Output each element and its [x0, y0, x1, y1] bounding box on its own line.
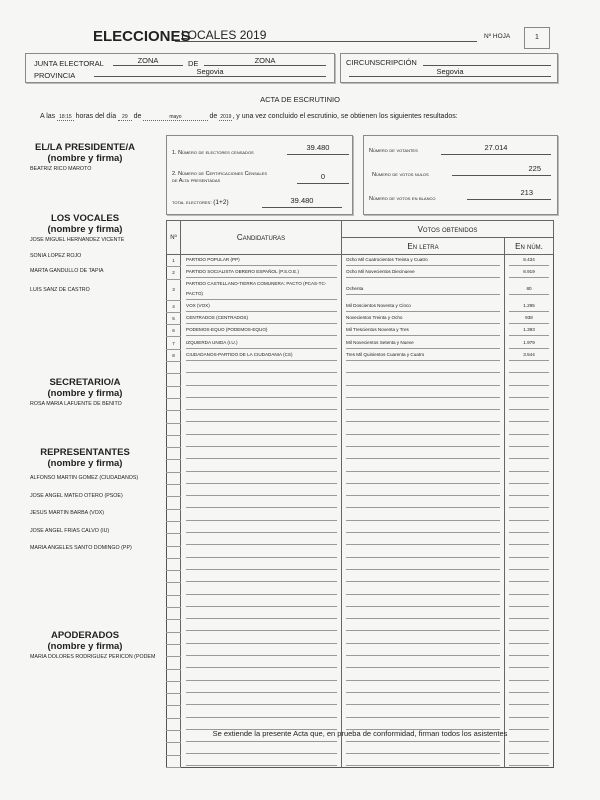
row-numero-text: 1.295	[509, 301, 549, 312]
row-letra-text	[346, 645, 500, 656]
row-candidatura-text	[186, 375, 337, 386]
blanco-value: 213	[467, 188, 551, 200]
row-candidatura-text	[186, 694, 337, 705]
table-row	[167, 472, 554, 484]
row-numero	[505, 398, 554, 410]
representantes-sub: (nombre y firma)	[15, 458, 155, 469]
row-candidatura-text	[186, 559, 337, 570]
row-letra-text	[346, 522, 500, 533]
row-letra-text	[346, 547, 500, 558]
row-letra-text	[346, 436, 500, 447]
row-number	[167, 423, 181, 435]
apoderados-title: APODERADOS	[15, 630, 155, 641]
row-number	[167, 485, 181, 497]
row-number	[167, 362, 181, 374]
row-letra-text	[346, 497, 500, 508]
row-number: 3	[167, 279, 181, 300]
table-row	[167, 632, 554, 644]
row-numero-text	[509, 510, 549, 521]
row-candidatura	[181, 485, 342, 497]
row-letra-text	[346, 387, 500, 398]
table-row	[167, 644, 554, 656]
row-letra	[342, 386, 505, 398]
table-row	[167, 448, 554, 460]
table-row	[167, 681, 554, 693]
row-numero	[505, 706, 554, 718]
row-numero	[505, 386, 554, 398]
table-row	[167, 460, 554, 472]
row-letra	[342, 374, 505, 386]
row-candidatura-text	[186, 707, 337, 718]
row-number	[167, 583, 181, 595]
row-candidatura: CENTRADOS (centrados)	[181, 312, 342, 324]
row-letra-text: Mil Trescientos Noventa y Tres	[346, 325, 500, 336]
row-candidatura	[181, 706, 342, 718]
row-letra-text	[346, 633, 500, 644]
representante-name: ALFONSO MARTIN GOMEZ (CIUDADANOS)	[30, 475, 138, 481]
row-candidatura-text	[186, 657, 337, 668]
row-candidatura	[181, 694, 342, 706]
vocal-name: MARTA GANDULLO DE TAPIA	[30, 268, 104, 274]
row-candidatura: IZQUIERDA UNIDA (I.U.)	[181, 337, 342, 349]
row-candidatura	[181, 386, 342, 398]
day-value: 29	[118, 114, 132, 121]
row-candidatura-text	[186, 448, 337, 459]
row-letra	[342, 595, 505, 607]
row-letra	[342, 755, 505, 767]
row-letra-text	[346, 707, 500, 718]
row-numero	[505, 411, 554, 423]
circunscripcion-label: CIRCUNSCRIPCIÓN	[346, 58, 417, 67]
row-candidatura	[181, 571, 342, 583]
row-letra	[342, 743, 505, 755]
row-letra-text	[346, 620, 500, 631]
row-number	[167, 620, 181, 632]
row-numero-text	[509, 387, 549, 398]
row-numero-text	[509, 584, 549, 595]
row-numero-text	[509, 657, 549, 668]
row-letra	[342, 448, 505, 460]
censados-value: 39.480	[287, 143, 349, 155]
row-candidatura-text	[186, 411, 337, 422]
row-candidatura-text	[186, 534, 337, 545]
row-letra-text: Ocho Mil Cuatrocientos Treinta y Cuatro	[346, 255, 500, 266]
row-letra	[342, 558, 505, 570]
row-numero	[505, 620, 554, 632]
row-numero-text	[509, 743, 549, 754]
row-letra	[342, 546, 505, 558]
table-row: 6PODEMOS-EQUO (PODEMOS-EQUO)Mil Trescien…	[167, 325, 554, 337]
row-candidatura-text: PARTIDO CASTELLANO-TIERRA COMUNERA: PACT…	[186, 279, 337, 300]
row-candidatura	[181, 583, 342, 595]
table-row	[167, 362, 554, 374]
row-numero-text	[509, 670, 549, 681]
row-numero-text	[509, 755, 549, 766]
row-candidatura-text	[186, 399, 337, 410]
table-row	[167, 374, 554, 386]
row-numero	[505, 521, 554, 533]
row-number	[167, 694, 181, 706]
row-numero-text	[509, 620, 549, 631]
row-number: 2	[167, 267, 181, 279]
row-numero-text	[509, 547, 549, 558]
table-row	[167, 534, 554, 546]
table-row	[167, 706, 554, 718]
row-number	[167, 521, 181, 533]
row-number	[167, 546, 181, 558]
row-numero	[505, 558, 554, 570]
row-numero	[505, 472, 554, 484]
row-letra-text	[346, 534, 500, 545]
row-numero-text	[509, 571, 549, 582]
row-letra	[342, 362, 505, 374]
table-row: 1PARTIDO POPULAR (PP)Ocho Mil Cuatrocien…	[167, 255, 554, 267]
table-row: 5CENTRADOS (centrados)Novecientos Treint…	[167, 312, 554, 324]
row-letra	[342, 644, 505, 656]
row-letra-text	[346, 473, 500, 484]
row-candidatura	[181, 595, 342, 607]
presidente-sub: (nombre y firma)	[15, 153, 155, 164]
row-numero	[505, 681, 554, 693]
col-num: Nº	[167, 221, 181, 255]
junta-box: JUNTA ELECTORAL ZONA DE ZONA PROVINCIA S…	[25, 53, 335, 83]
row-letra-text	[346, 682, 500, 693]
certificaciones-value: 0	[297, 172, 349, 184]
row-letra-text: Ochenta	[346, 284, 500, 295]
row-numero-text: 1.979	[509, 338, 549, 349]
votantes-label: Número de votantes	[369, 148, 418, 154]
row-numero	[505, 743, 554, 755]
row-number	[167, 706, 181, 718]
row-candidatura	[181, 448, 342, 460]
row-candidatura	[181, 558, 342, 570]
row-candidatura	[181, 534, 342, 546]
election-type-field: LOCALES 2019	[175, 26, 477, 42]
row-numero	[505, 632, 554, 644]
row-numero	[505, 423, 554, 435]
col-votos: Votos obtenidos	[342, 221, 554, 238]
row-letra-text	[346, 362, 500, 373]
row-letra	[342, 620, 505, 632]
row-letra: Ochenta	[342, 279, 505, 300]
vocal-name: LUIS SANZ DE CASTRO	[30, 287, 90, 293]
row-numero	[505, 583, 554, 595]
row-candidatura	[181, 362, 342, 374]
row-letra-text	[346, 448, 500, 459]
row-letra: Tres Mil Quinientos Cuarenta y Cuatro	[342, 349, 505, 361]
row-numero-text: 80	[509, 284, 549, 295]
vocal-name: SONIA LOPEZ ROJO	[30, 253, 81, 259]
row-number	[167, 534, 181, 546]
row-number: 6	[167, 325, 181, 337]
table-row	[167, 423, 554, 435]
row-candidatura-text	[186, 510, 337, 521]
table-row: 7IZQUIERDA UNIDA (I.U.)Mil Novecientos S…	[167, 337, 554, 349]
row-candidatura	[181, 398, 342, 410]
row-numero	[505, 485, 554, 497]
row-letra-text	[346, 743, 500, 754]
row-numero-text: 8.919	[509, 267, 549, 278]
row-letra-text	[346, 461, 500, 472]
row-candidatura-text	[186, 608, 337, 619]
row-candidatura-text	[186, 461, 337, 472]
row-letra	[342, 411, 505, 423]
row-numero	[505, 669, 554, 681]
row-candidatura	[181, 620, 342, 632]
col-letra: En letra	[342, 238, 505, 255]
acta-intro: A las 18:15 horas del día 29 de mayo de …	[40, 113, 458, 120]
table-row	[167, 509, 554, 521]
row-letra	[342, 398, 505, 410]
row-numero-text	[509, 375, 549, 386]
row-numero-text: 1.393	[509, 325, 549, 336]
row-letra	[342, 681, 505, 693]
total-label: total electores: (1+2)	[172, 199, 229, 206]
row-letra-text	[346, 411, 500, 422]
row-letra-text	[346, 559, 500, 570]
row-numero-text	[509, 608, 549, 619]
row-candidatura	[181, 657, 342, 669]
row-letra	[342, 521, 505, 533]
row-number	[167, 669, 181, 681]
row-numero	[505, 374, 554, 386]
secretario-sub: (nombre y firma)	[15, 388, 155, 399]
row-letra: Mil Trescientos Noventa y Tres	[342, 325, 505, 337]
row-numero: 3.544	[505, 349, 554, 361]
row-numero-text: 3.544	[509, 350, 549, 361]
row-letra	[342, 694, 505, 706]
row-candidatura-text: PARTIDO POPULAR (PP)	[186, 255, 337, 266]
row-numero	[505, 534, 554, 546]
table-row	[167, 669, 554, 681]
results-table: Nº Candidaturas Votos obtenidos En letra…	[166, 220, 554, 768]
row-number	[167, 681, 181, 693]
table-row	[167, 657, 554, 669]
row-number	[167, 558, 181, 570]
row-numero-text	[509, 424, 549, 435]
presidente-title: EL/LA PRESIDENTE/A	[15, 142, 155, 153]
row-letra-text: Ocho Mil Novecientos Diecinueve	[346, 267, 500, 278]
row-candidatura-text	[186, 682, 337, 693]
row-numero-text	[509, 694, 549, 705]
row-numero-text: 8.434	[509, 255, 549, 266]
table-row: 4VOX (VOX)Mil Doscientos Noventa y Cinco…	[167, 300, 554, 312]
row-numero	[505, 509, 554, 521]
table-row	[167, 485, 554, 497]
row-candidatura-text: PARTIDO SOCIALISTA OBRERO ESPAÑOL (P.S.O…	[186, 267, 337, 278]
row-candidatura	[181, 509, 342, 521]
row-numero-text	[509, 411, 549, 422]
censados-label: 1. Número de electores censados	[172, 150, 254, 156]
table-row	[167, 386, 554, 398]
row-candidatura: VOX (VOX)	[181, 300, 342, 312]
row-candidatura-text	[186, 755, 337, 766]
row-numero-text	[509, 596, 549, 607]
month-value: mayo	[143, 114, 207, 121]
row-numero	[505, 595, 554, 607]
row-number	[167, 386, 181, 398]
row-numero-text	[509, 485, 549, 496]
row-numero-text	[509, 682, 549, 693]
row-candidatura-text	[186, 387, 337, 398]
votos-box: Número de votantes 27.014 Número de voto…	[363, 135, 558, 215]
row-letra-text	[346, 755, 500, 766]
row-letra	[342, 706, 505, 718]
row-letra-text	[346, 485, 500, 496]
row-number: 1	[167, 255, 181, 267]
row-candidatura	[181, 644, 342, 656]
row-letra: Mil Novecientos Setenta y Nueve	[342, 337, 505, 349]
table-row	[167, 435, 554, 447]
row-numero-text	[509, 448, 549, 459]
row-letra-text: Tres Mil Quinientos Cuarenta y Cuatro	[346, 350, 500, 361]
nulos-label: Número de votos nulos	[372, 172, 429, 178]
row-number	[167, 644, 181, 656]
row-candidatura: PARTIDO SOCIALISTA OBRERO ESPAÑOL (P.S.O…	[181, 267, 342, 279]
row-candidatura-text	[186, 547, 337, 558]
table-row	[167, 608, 554, 620]
row-numero	[505, 546, 554, 558]
row-letra: Mil Doscientos Noventa y Cinco	[342, 300, 505, 312]
row-numero: 1.295	[505, 300, 554, 312]
election-type: LOCALES 2019	[181, 28, 266, 42]
row-letra	[342, 571, 505, 583]
representantes-title: REPRESENTANTES	[15, 447, 155, 458]
row-number	[167, 435, 181, 447]
row-candidatura-text: CENTRADOS (centrados)	[186, 313, 337, 324]
total-formula: (1+2)	[213, 199, 228, 206]
row-letra-text	[346, 510, 500, 521]
row-number	[167, 509, 181, 521]
table-row	[167, 546, 554, 558]
row-numero	[505, 608, 554, 620]
row-number: 5	[167, 312, 181, 324]
row-numero: 1.979	[505, 337, 554, 349]
row-number	[167, 632, 181, 644]
row-letra	[342, 497, 505, 509]
row-numero	[505, 362, 554, 374]
row-number: 4	[167, 300, 181, 312]
table-row	[167, 571, 554, 583]
row-numero: 80	[505, 279, 554, 300]
representante-name: JOSE ANGEL MATEO OTERO (PSOE)	[30, 493, 123, 499]
representante-name: JESUS MARTIN BARBA (VOX)	[30, 510, 104, 516]
table-row	[167, 595, 554, 607]
footer-text: Se extiende la presente Acta que, en pru…	[0, 729, 600, 738]
row-candidatura-text	[186, 743, 337, 754]
row-number	[167, 743, 181, 755]
row-numero-text	[509, 707, 549, 718]
province-label: PROVINCIA	[34, 71, 75, 80]
intro-c: de	[134, 113, 142, 120]
time-value: 18:15	[57, 114, 74, 121]
row-letra-text	[346, 608, 500, 619]
row-number	[167, 448, 181, 460]
row-candidatura-text	[186, 645, 337, 656]
row-letra: Ocho Mil Cuatrocientos Treinta y Cuatro	[342, 255, 505, 267]
row-number	[167, 657, 181, 669]
row-candidatura-text	[186, 571, 337, 582]
row-number	[167, 608, 181, 620]
row-numero-text	[509, 559, 549, 570]
row-candidatura-text	[186, 424, 337, 435]
apoderados-sub: (nombre y firma)	[15, 641, 155, 652]
row-letra-text	[346, 375, 500, 386]
de-value: ZONA	[204, 56, 326, 66]
circunscripcion-value: Segovia	[349, 67, 551, 77]
row-number	[167, 571, 181, 583]
row-letra	[342, 509, 505, 521]
row-numero	[505, 571, 554, 583]
row-candidatura	[181, 743, 342, 755]
circunscripcion-box: CIRCUNSCRIPCIÓN Segovia	[340, 53, 558, 83]
row-letra	[342, 534, 505, 546]
row-candidatura-text	[186, 485, 337, 496]
table-row	[167, 583, 554, 595]
intro-a: A las	[40, 113, 55, 120]
vocales-sub: (nombre y firma)	[15, 224, 155, 235]
presidente-name: BEATRIZ RICO MAROTO	[30, 166, 91, 172]
junta-value: ZONA	[113, 56, 183, 66]
table-row	[167, 411, 554, 423]
row-numero	[505, 435, 554, 447]
secretario-name: ROSA MARIA LAFUENTE DE BENITO	[30, 401, 122, 407]
table-row: 3PARTIDO CASTELLANO-TIERRA COMUNERA: PAC…	[167, 279, 554, 300]
table-row	[167, 398, 554, 410]
row-candidatura	[181, 521, 342, 533]
row-candidatura: PARTIDO POPULAR (PP)	[181, 255, 342, 267]
row-letra	[342, 460, 505, 472]
row-numero	[505, 497, 554, 509]
vocal-name: JOSE MIGUEL HERNANDEZ VICENTE	[30, 237, 124, 243]
sheet-label: Nº HOJA	[484, 33, 510, 40]
representante-name: JOSE ANGEL FRIAS CALVO (IU)	[30, 528, 109, 534]
row-number	[167, 374, 181, 386]
row-letra-text	[346, 399, 500, 410]
row-candidatura	[181, 497, 342, 509]
row-number	[167, 460, 181, 472]
row-candidatura	[181, 632, 342, 644]
row-candidatura: PODEMOS-EQUO (PODEMOS-EQUO)	[181, 325, 342, 337]
row-letra	[342, 485, 505, 497]
row-number: 8	[167, 349, 181, 361]
vocales-title: LOS VOCALES	[15, 213, 155, 224]
row-letra-text: Novecientos Treinta y Ocho	[346, 313, 500, 324]
row-letra	[342, 583, 505, 595]
col-candidaturas: Candidaturas	[181, 221, 342, 255]
row-number: 7	[167, 337, 181, 349]
year-value: 2019	[219, 114, 232, 121]
row-candidatura-text	[186, 620, 337, 631]
row-numero: 938	[505, 312, 554, 324]
table-row: 2PARTIDO SOCIALISTA OBRERO ESPAÑOL (P.S.…	[167, 267, 554, 279]
row-candidatura-text	[186, 633, 337, 644]
row-candidatura-text: VOX (VOX)	[186, 301, 337, 312]
row-numero-text	[509, 473, 549, 484]
table-row	[167, 620, 554, 632]
row-candidatura	[181, 608, 342, 620]
row-candidatura-text	[186, 473, 337, 484]
row-candidatura	[181, 411, 342, 423]
row-letra	[342, 632, 505, 644]
table-row	[167, 558, 554, 570]
intro-b: horas del día	[76, 113, 116, 120]
row-letra-text	[346, 424, 500, 435]
row-letra: Novecientos Treinta y Ocho	[342, 312, 505, 324]
electores-box: 1. Número de electores censados 39.480 2…	[166, 135, 353, 215]
row-candidatura-text: PODEMOS-EQUO (PODEMOS-EQUO)	[186, 325, 337, 336]
row-numero: 8.919	[505, 267, 554, 279]
